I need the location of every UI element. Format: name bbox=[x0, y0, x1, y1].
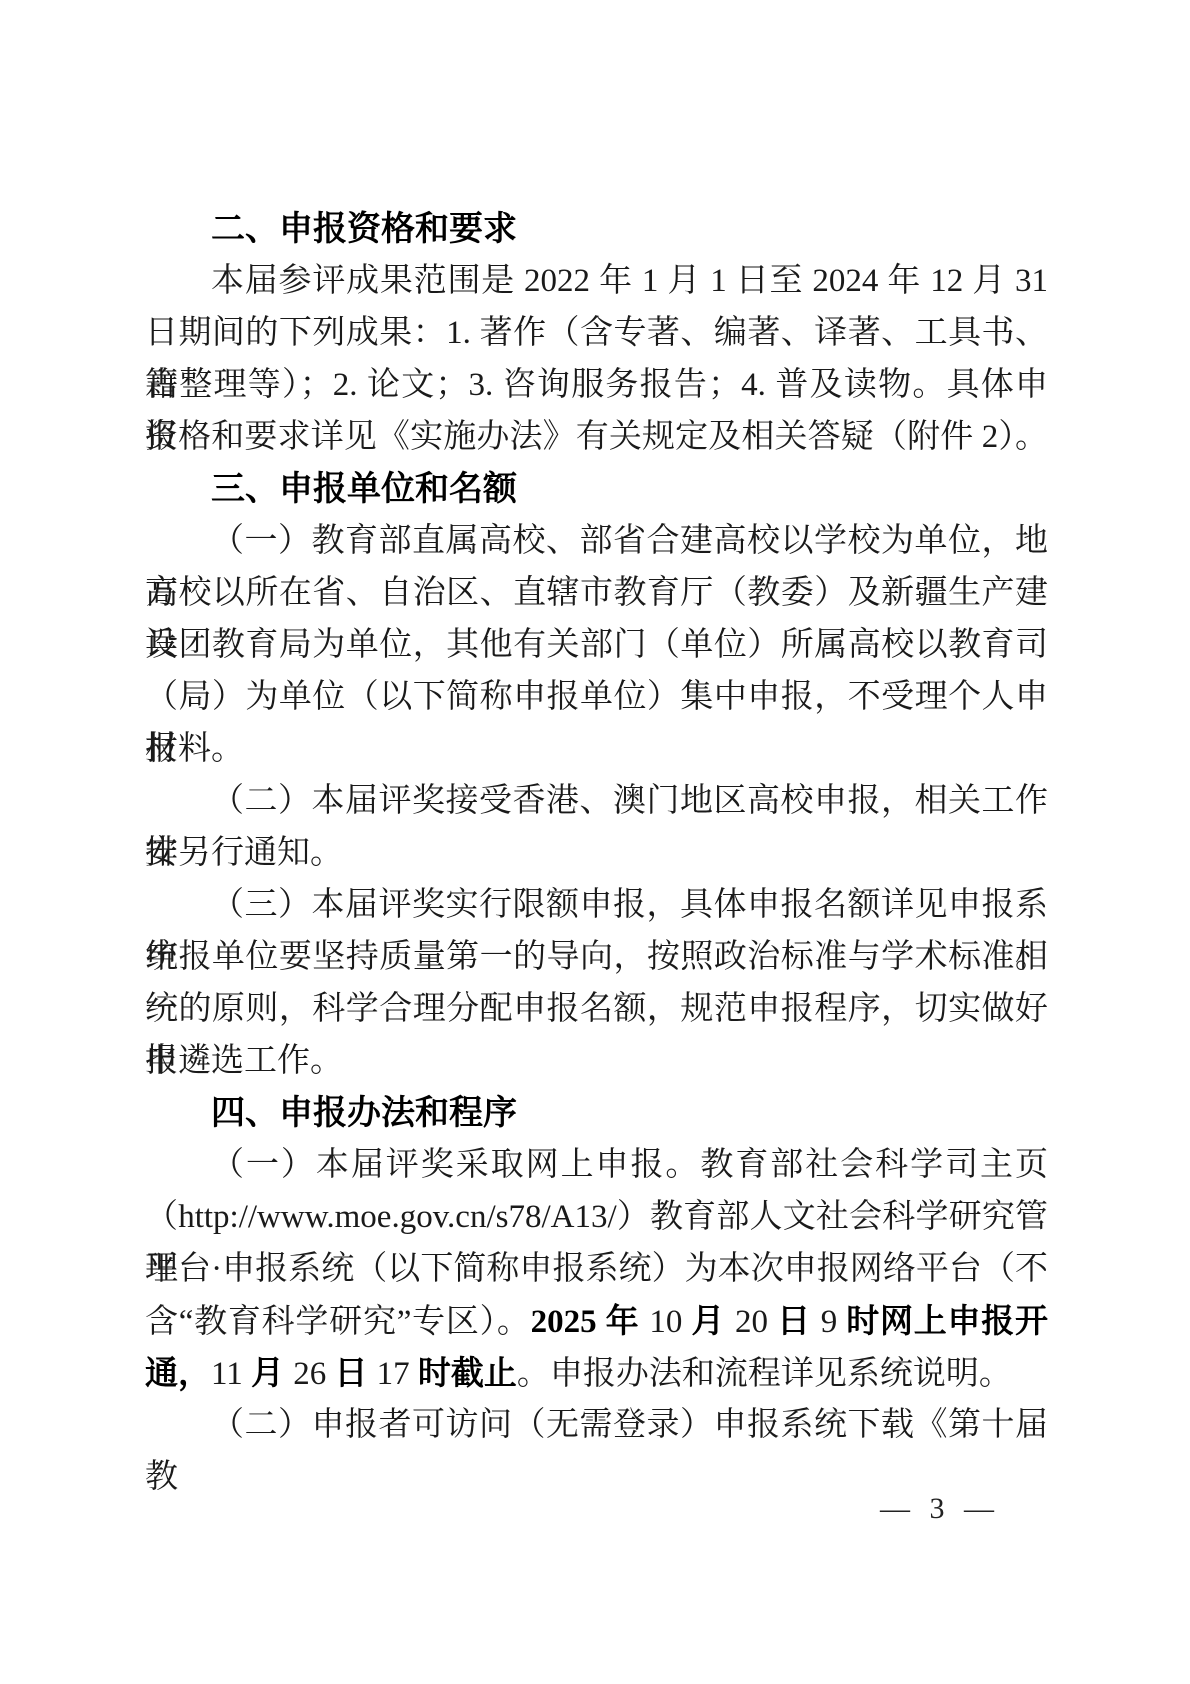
text-segment: 年 bbox=[606, 1302, 650, 1339]
text-segment: ）。 bbox=[998, 419, 1048, 455]
text-line: 申报单位要坚持质量第一的导向，按照政治标准与学术标准相统 bbox=[145, 931, 1048, 983]
text-segment: 月 bbox=[667, 263, 710, 299]
text-segment: 17 bbox=[377, 1356, 418, 1392]
text-segment: 二、申报资格和要求 bbox=[211, 210, 517, 248]
section-heading: 四、申报办法和程序 bbox=[145, 1087, 1048, 1139]
text-segment: 月 bbox=[251, 1354, 293, 1391]
text-segment: 。申报办法和流程详见系统说明。 bbox=[517, 1356, 1012, 1392]
text-line: 高校以所在省、自治区、直辖市教育厅（教委）及新疆生产建设 bbox=[145, 567, 1048, 619]
text-segment: 咨询服务报告； bbox=[503, 367, 741, 403]
text-segment: 本届参评成果范围是 bbox=[211, 263, 524, 299]
text-line: （局）为单位（以下简称申报单位）集中申报，不受理个人申报 bbox=[145, 671, 1048, 723]
text-segment: 月 bbox=[691, 1302, 735, 1339]
text-segment: 年 bbox=[599, 263, 642, 299]
text-segment: 日至 bbox=[736, 263, 813, 299]
text-line: 籍整理等）；2. 论文；3. 咨询服务报告；4. 普及读物。具体申报 bbox=[145, 359, 1048, 411]
text-segment: http://www.moe.gov.cn/s78/A13/ bbox=[178, 1199, 616, 1235]
text-segment: 2022 bbox=[524, 263, 599, 299]
text-segment: 9 bbox=[821, 1304, 847, 1340]
text-segment: 11 bbox=[211, 1356, 251, 1392]
text-line: 一的原则，科学合理分配申报名额，规范申报程序，切实做好申 bbox=[145, 983, 1048, 1035]
text-segment: 资格和要求详见《实施办法》有关规定及相关答疑（附件 bbox=[145, 419, 982, 455]
text-segment: （二）申报者可访问（无需登录）申报系统下载《第十届教 bbox=[145, 1407, 1048, 1495]
text-segment: 2025 bbox=[531, 1304, 606, 1340]
text-segment: 日 bbox=[777, 1302, 821, 1339]
text-segment: 月 bbox=[972, 263, 1015, 299]
text-segment: 26 bbox=[293, 1356, 334, 1392]
text-segment: （一）本届评奖采取网上申报。教育部社会科学司主页 bbox=[211, 1147, 1048, 1183]
text-segment: 四、申报办法和程序 bbox=[211, 1094, 517, 1132]
text-line: 材料。 bbox=[145, 723, 1048, 775]
text-line: 通，11 月 26 日 17 时截止。申报办法和流程详见系统说明。 bbox=[145, 1347, 1048, 1399]
text-line: 资格和要求详见《实施办法》有关规定及相关答疑（附件 2）。 bbox=[145, 411, 1048, 463]
text-line: （一）教育部直属高校、部省合建高校以学校为单位，地方 bbox=[145, 515, 1048, 567]
text-line: 排另行通知。 bbox=[145, 827, 1048, 879]
text-segment: 时截止 bbox=[418, 1354, 517, 1391]
text-segment: 10 bbox=[649, 1304, 691, 1340]
text-segment: 籍整理等）； bbox=[145, 367, 333, 403]
text-segment: 12 bbox=[930, 263, 972, 299]
text-line: （三）本届评奖实行限额申报，具体申报名额详见申报系统。 bbox=[145, 879, 1048, 931]
section-heading: 三、申报单位和名额 bbox=[145, 463, 1048, 515]
document-body: 二、申报资格和要求本届参评成果范围是 2022 年 1 月 1 日至 2024 … bbox=[145, 203, 1048, 1451]
text-segment: 3. bbox=[468, 367, 502, 403]
text-line: 平台·申报系统（以下简称申报系统）为本次申报网络平台（不 bbox=[145, 1243, 1048, 1295]
text-segment: 日期间的下列成果： bbox=[145, 315, 446, 351]
text-segment: 通， bbox=[145, 1354, 211, 1391]
text-segment: 年 bbox=[887, 263, 930, 299]
text-segment: 2. bbox=[333, 367, 367, 403]
text-segment: 论文； bbox=[367, 367, 468, 403]
text-segment: 2024 bbox=[812, 263, 887, 299]
text-line: 日期间的下列成果：1. 著作（含专著、编著、译著、工具书、古 bbox=[145, 307, 1048, 359]
text-segment: 平台·申报系统（以下简称申报系统）为本次申报网络平台（不 bbox=[145, 1251, 1048, 1287]
text-line: （二）本届评奖接受香港、澳门地区高校申报，相关工作安 bbox=[145, 775, 1048, 827]
text-line: 含“教育科学研究”专区）。2025 年 10 月 20 日 9 时网上申报开 bbox=[145, 1295, 1048, 1347]
text-segment: 报遴选工作。 bbox=[145, 1043, 343, 1079]
section-heading: 二、申报资格和要求 bbox=[145, 203, 1048, 255]
text-segment: 时网上申报开 bbox=[846, 1302, 1048, 1339]
text-segment: 31 bbox=[1015, 263, 1048, 299]
text-segment: 4. bbox=[741, 367, 775, 403]
text-segment: （ bbox=[145, 1199, 178, 1235]
text-segment: 1 bbox=[642, 263, 668, 299]
text-segment: 排另行通知。 bbox=[145, 835, 343, 871]
text-line: （一）本届评奖采取网上申报。教育部社会科学司主页 bbox=[145, 1139, 1048, 1191]
text-segment: 1. bbox=[446, 315, 479, 351]
text-segment: 三、申报单位和名额 bbox=[211, 470, 517, 508]
text-segment: 材料。 bbox=[145, 731, 244, 767]
text-segment: 日 bbox=[334, 1354, 376, 1391]
text-line: 报遴选工作。 bbox=[145, 1035, 1048, 1087]
text-segment: 1 bbox=[710, 263, 736, 299]
page-number: — 3 — bbox=[880, 1492, 1000, 1526]
text-segment: 含“教育科学研究”专区）。 bbox=[145, 1304, 531, 1340]
text-segment: 兵团教育局为单位，其他有关部门（单位）所属高校以教育司 bbox=[145, 627, 1048, 663]
text-line: （二）申报者可访问（无需登录）申报系统下载《第十届教 bbox=[145, 1399, 1048, 1451]
text-segment: 20 bbox=[735, 1304, 777, 1340]
text-line: 本届参评成果范围是 2022 年 1 月 1 日至 2024 年 12 月 31 bbox=[145, 255, 1048, 307]
text-segment: 2 bbox=[982, 419, 999, 455]
text-line: （http://www.moe.gov.cn/s78/A13/）教育部人文社会科… bbox=[145, 1191, 1048, 1243]
document-page: 二、申报资格和要求本届参评成果范围是 2022 年 1 月 1 日至 2024 … bbox=[0, 0, 1190, 1684]
text-line: 兵团教育局为单位，其他有关部门（单位）所属高校以教育司 bbox=[145, 619, 1048, 671]
